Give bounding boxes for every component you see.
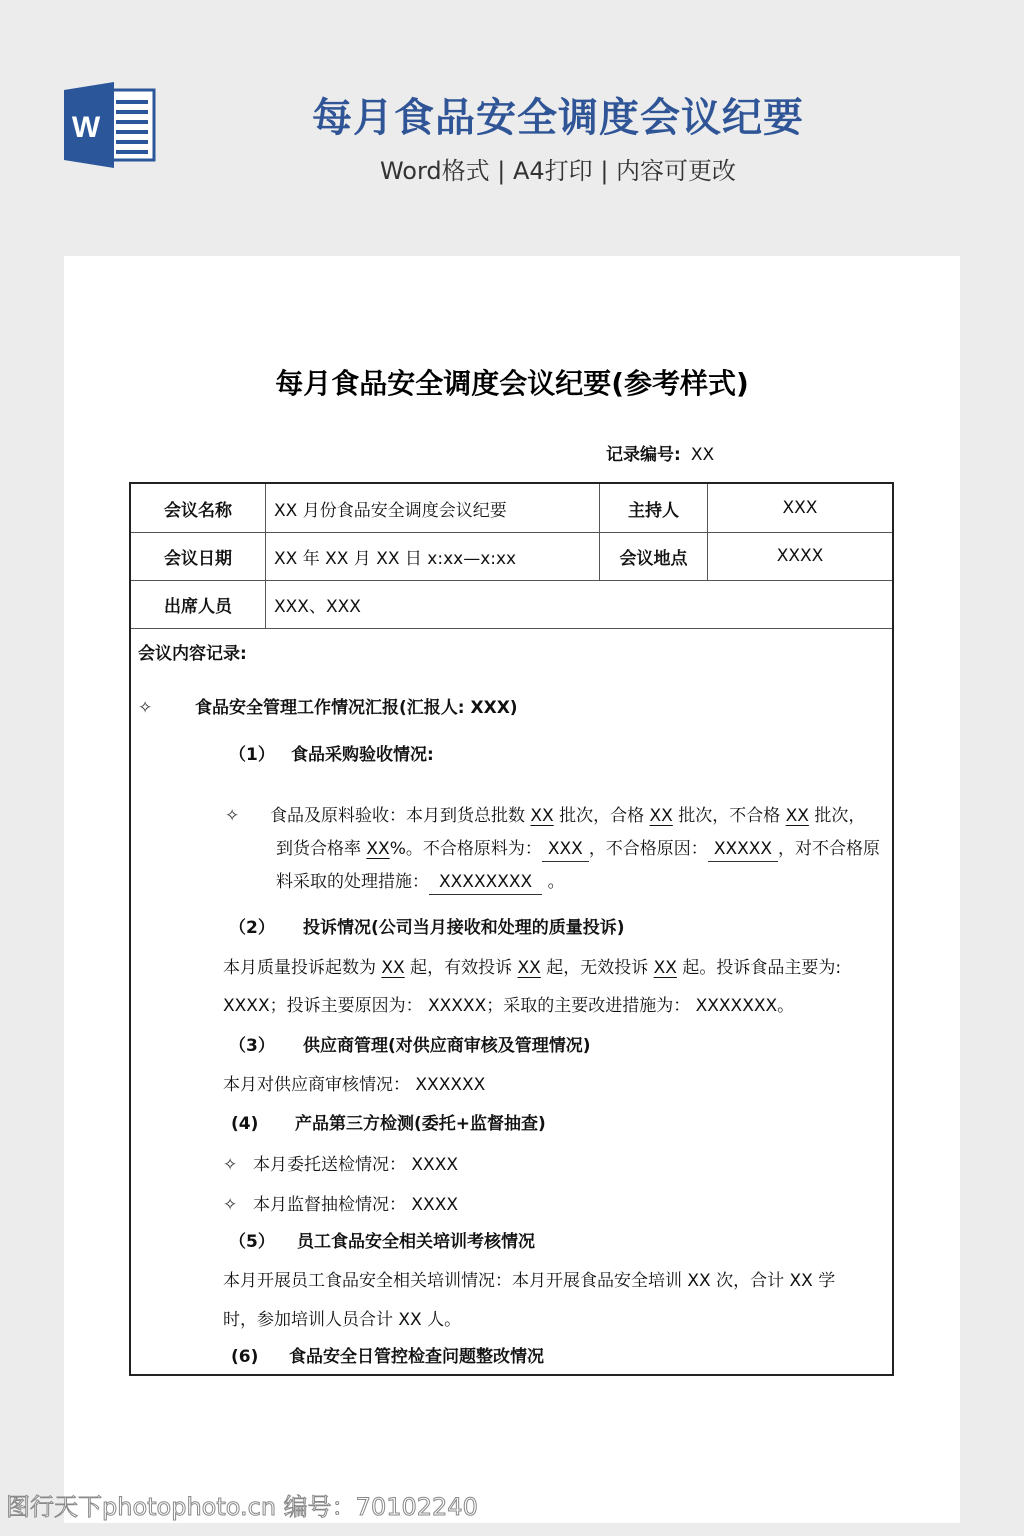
- blank-failed-batches: XX: [786, 806, 809, 826]
- record-number-label: 记录编号:: [606, 445, 681, 465]
- section-5-line-1: 本月开展员工食品安全相关培训情况：本月开展食品安全培训 XX 次，合计 XX 学: [223, 1268, 835, 1294]
- section-3-heading: （3）供应商管理(对供应商审核及管理情况): [229, 1033, 591, 1059]
- main-section: ✧食品安全管理工作情况汇报(汇报人: XXX): [138, 695, 518, 721]
- meeting-date-label: 会议日期: [131, 532, 265, 580]
- section-3-number: （3）: [229, 1033, 303, 1059]
- meeting-name-value: XX 月份食品安全调度会议纪要: [266, 484, 599, 532]
- section-2-title: 投诉情况(公司当月接收和处理的质量投诉): [303, 918, 625, 938]
- minutes-table: 会议名称 XX 月份食品安全调度会议纪要 主持人 XXX 会议日期 XX 年 X…: [129, 482, 894, 1376]
- meeting-place-label: 会议地点: [600, 532, 707, 580]
- section-1-para-line-2: 到货合格率 XX%。不合格原料为：XXX，不合格原因：XXXXX，对不合格原: [276, 836, 880, 862]
- content-heading: 会议内容记录:: [138, 641, 247, 667]
- section-6-heading: (6)食品安全日管控检查问题整改情况: [231, 1344, 544, 1370]
- blank-failed-material: XXX: [542, 837, 589, 862]
- section-4-item-1: ✧本月委托送检情况： XXXX: [223, 1152, 458, 1178]
- table-row-meeting-name: 会议名称 XX 月份食品安全调度会议纪要 主持人 XXX: [131, 484, 892, 533]
- section-3-title: 供应商管理(对供应商审核及管理情况): [303, 1036, 591, 1056]
- blank-handling-measures: XXXXXXXX: [429, 870, 542, 895]
- attendees-value: XXX、XXX: [266, 580, 866, 628]
- blank-total-batches: XX: [530, 806, 553, 826]
- section-2-line-2: XXXX；投诉主要原因为： XXXXX；采取的主要改进措施为： XXXXXXX。: [223, 993, 794, 1019]
- section-1-number: （1）: [229, 742, 291, 768]
- section-4-item-2: ✧本月监督抽检情况： XXXX: [223, 1192, 458, 1218]
- section-4-heading: (4)产品第三方检测(委托+监督抽查): [231, 1111, 546, 1137]
- section-5-number: （5）: [229, 1229, 297, 1255]
- section-5-line-2: 时，参加培训人员合计 XX 人。: [223, 1307, 461, 1333]
- meeting-content: 会议内容记录: ✧食品安全管理工作情况汇报(汇报人: XXX) （1）食品采购验…: [131, 629, 892, 1374]
- meeting-name-label: 会议名称: [131, 484, 265, 532]
- blank-pass-rate: XX: [366, 839, 389, 859]
- diamond-bullet-icon: ✧: [223, 1152, 253, 1178]
- document-title: 每月食品安全调度会议纪要(参考样式): [64, 364, 960, 404]
- banner-subtitle: Word格式 | A4打印 | 内容可更改: [260, 154, 856, 188]
- section-5-heading: （5）员工食品安全相关培训考核情况: [229, 1229, 535, 1255]
- meeting-place-value: XXXX: [708, 532, 892, 580]
- host-label: 主持人: [600, 484, 707, 532]
- section-2-heading: （2）投诉情况(公司当月接收和处理的质量投诉): [229, 915, 625, 941]
- word-doc-icon: W: [64, 82, 156, 168]
- section-1-para-line-1: ✧食品及原料验收：本月到货总批数 XX 批次，合格 XX 批次，不合格 XX 批…: [225, 803, 865, 829]
- section-1-heading: （1）食品采购验收情况:: [229, 742, 434, 768]
- diamond-bullet-icon: ✧: [225, 803, 270, 829]
- table-row-meeting-date: 会议日期 XX 年 XX 月 XX 日 x:xx—x:xx 会议地点 XXXX: [131, 532, 892, 581]
- section-2-number: （2）: [229, 915, 303, 941]
- table-row-attendees: 出席人员 XXX、XXX: [131, 580, 892, 629]
- banner-title: 每月食品安全调度会议纪要: [260, 92, 856, 144]
- watermark: 图行天下photophoto.cn 编号：70102240: [6, 1492, 478, 1522]
- diamond-bullet-icon: ✧: [223, 1192, 253, 1218]
- attendees-label: 出席人员: [131, 580, 265, 628]
- blank-passed-batches: XX: [650, 806, 673, 826]
- section-6-number: (6): [231, 1344, 289, 1370]
- section-2-line-1: 本月质量投诉起数为 XX 起，有效投诉 XX 起，无效投诉 XX 起。投诉食品主…: [223, 955, 841, 981]
- section-4-number: (4): [231, 1111, 295, 1137]
- diamond-bullet-icon: ✧: [138, 695, 195, 721]
- section-5-title: 员工食品安全相关培训考核情况: [297, 1232, 535, 1252]
- meeting-date-value: XX 年 XX 月 XX 日 x:xx—x:xx: [266, 532, 599, 580]
- section-3-line-1: 本月对供应商审核情况： XXXXXX: [223, 1072, 485, 1098]
- blank-failure-reason: XXXXX: [708, 837, 778, 862]
- record-number-value: XX: [691, 445, 714, 465]
- section-1-para-line-3: 料采取的处理措施：XXXXXXXX 。: [276, 869, 565, 895]
- host-value: XXX: [708, 484, 892, 532]
- document-page: 每月食品安全调度会议纪要(参考样式) 记录编号:XX 会议名称 XX 月份食品安…: [64, 256, 960, 1523]
- section-4-title: 产品第三方检测(委托+监督抽查): [295, 1114, 546, 1134]
- section-6-title: 食品安全日管控检查问题整改情况: [289, 1347, 544, 1367]
- section-1-title: 食品采购验收情况:: [291, 745, 434, 765]
- record-number: 记录编号:XX: [606, 442, 714, 468]
- main-section-title: 食品安全管理工作情况汇报(汇报人: XXX): [195, 698, 518, 718]
- svg-text:W: W: [72, 111, 101, 144]
